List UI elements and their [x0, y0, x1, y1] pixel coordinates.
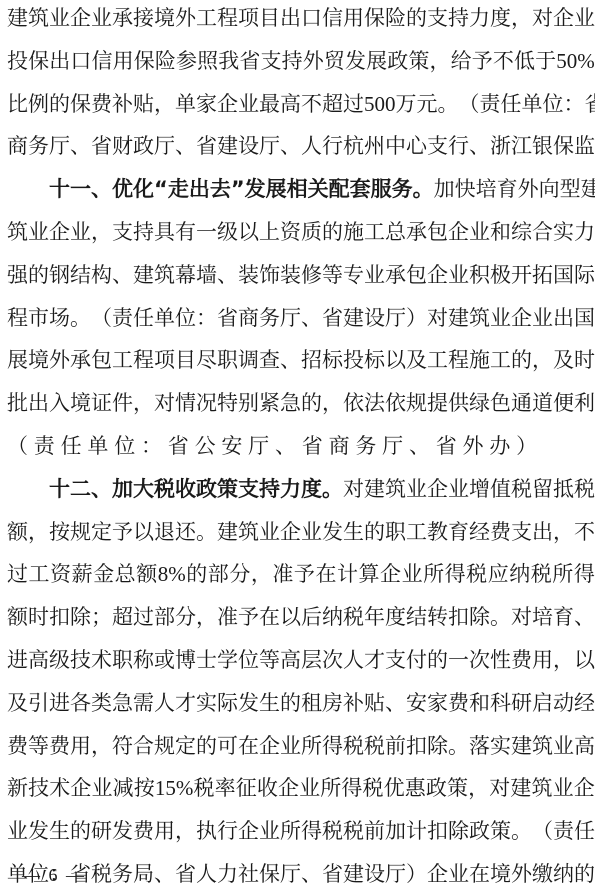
paragraph-line: 强的钢结构、建筑幕墙、装饰装修等专业承包企业积极开拓国际工: [7, 260, 595, 290]
paragraph-line: 额，按规定予以退还。建筑业企业发生的职工教育经费支出，不超: [7, 517, 595, 547]
paragraph-line: 筑业企业，支持具有一级以上资质的施工总承包企业和综合实力: [7, 217, 595, 247]
paragraph-line: 进高级技术职称或博士学位等高层次人才支付的一次性费用，以: [7, 645, 595, 675]
paragraph-line: 费等费用，符合规定的可在企业所得税税前扣除。落实建筑业高: [7, 731, 595, 761]
paragraph-line: 新技术企业减按15%税率征收企业所得税优惠政策，对建筑业企: [7, 773, 595, 803]
paragraph-line: 单位：省税务局、省人力社保厅、省建设厅）企业在境外缴纳的企: [7, 859, 595, 889]
paragraph-line: 过工资薪金总额8%的部分，准予在计算企业所得税应纳税所得: [7, 559, 595, 589]
paragraph-line: 程市场。（责任单位：省商务厅、省建设厅）对建筑业企业出国开: [7, 303, 595, 333]
paragraph-line: 商务厅、省财政厅、省建设厅、人行杭州中心支行、浙江银保监局）: [7, 131, 595, 161]
document-page: 建筑业企业承接境外工程项目出口信用保险的支持力度，对企业投保出口信用保险参照我省…: [0, 0, 600, 891]
paragraph-line: 投保出口信用保险参照我省支持外贸发展政策，给予不低于50%: [7, 46, 595, 76]
page-number: — 6 —: [22, 862, 86, 888]
paragraph-line: 建筑业企业承接境外工程项目出口信用保险的支持力度，对企业: [7, 3, 595, 33]
paragraph-line: 额时扣除；超过部分，准予在以后纳税年度结转扣除。对培育、引: [7, 602, 595, 632]
paragraph-line: 批出入境证件，对情况特别紧急的，依法依规提供绿色通道便利。: [7, 388, 595, 418]
section-heading-paragraph-line: 十一、优化“走出去”发展相关配套服务。加快培育外向型建: [7, 174, 595, 204]
section-heading-paragraph-line: 十二、加大税收政策支持力度。对建筑业企业增值税留抵税: [7, 474, 595, 504]
paragraph-line: 及引进各类急需人才实际发生的租房补贴、安家费和科研启动经: [7, 688, 595, 718]
paragraph-line: 展境外承包工程项目尽职调查、招标投标以及工程施工的，及时审: [7, 345, 595, 375]
paragraph-line: 业发生的研发费用，执行企业所得税税前加计扣除政策。（责任: [7, 816, 595, 846]
paragraph-line: （责任单位：省公安厅、省商务厅、省外办）: [7, 431, 595, 461]
paragraph-line: 比例的保费补贴，单家企业最高不超过500万元。（责任单位：省: [7, 89, 595, 119]
